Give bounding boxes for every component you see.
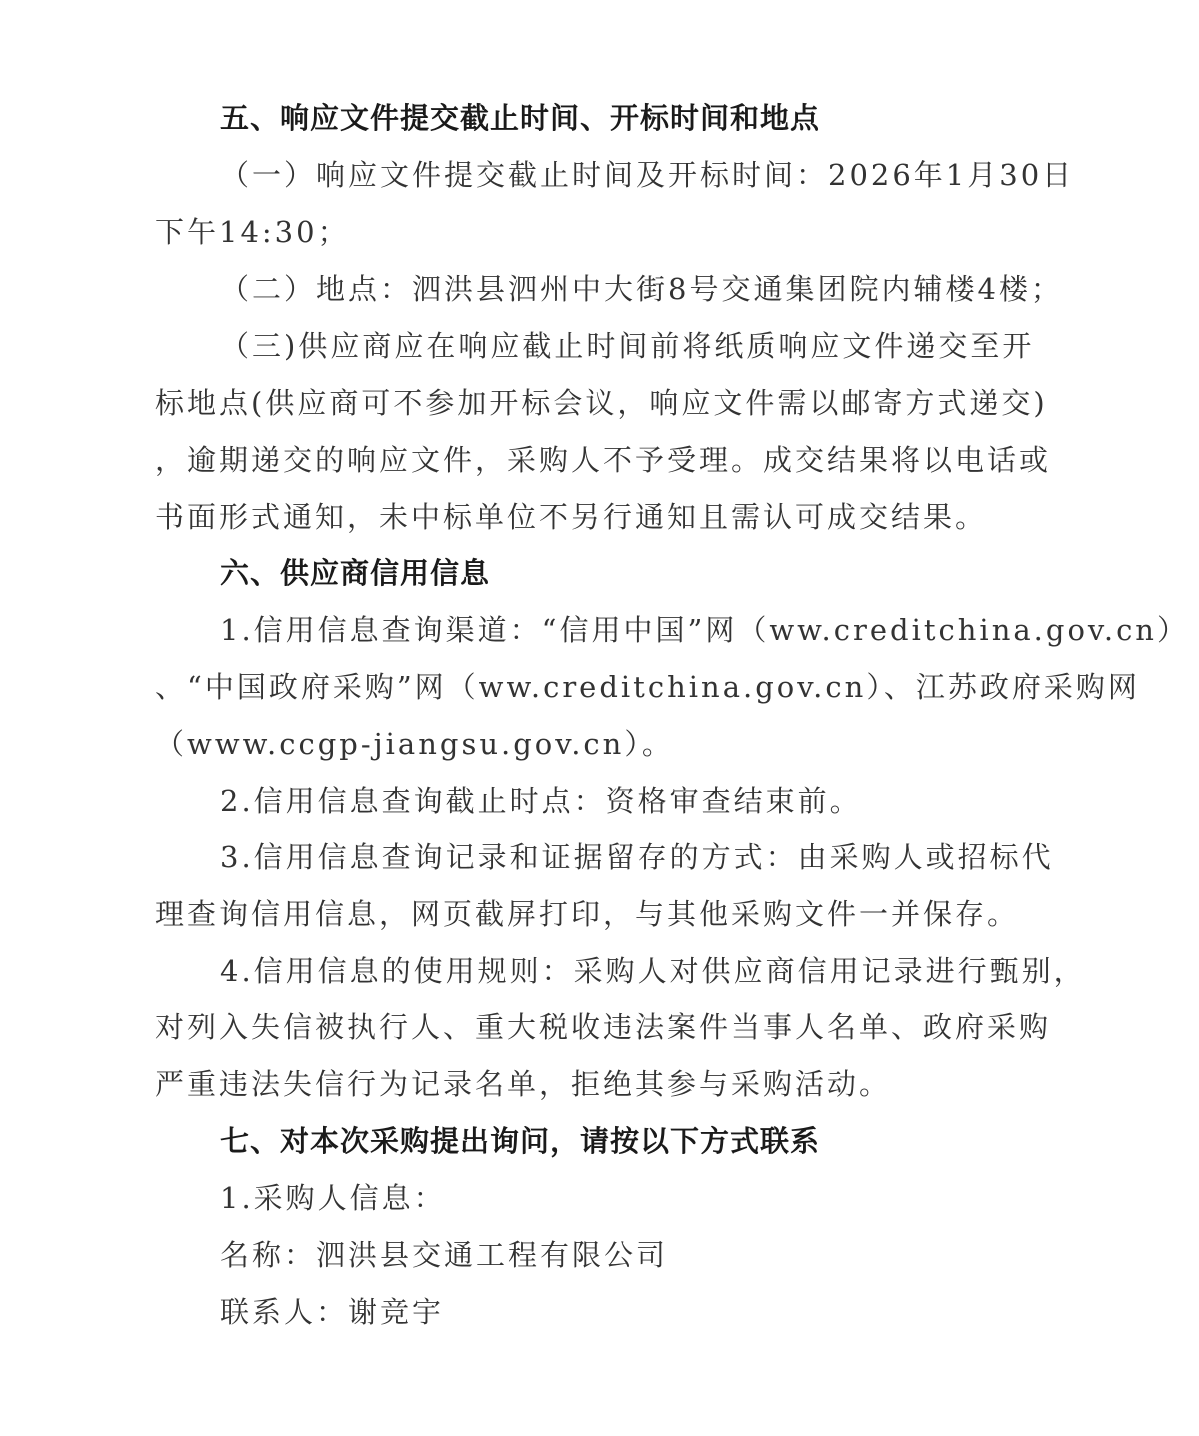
paragraph-line: 对列入失信被执行人、重大税收违法案件当事人名单、政府采购 <box>155 1007 1055 1047</box>
paragraph-line: 严重违法失信行为记录名单，拒绝其参与采购活动。 <box>155 1064 1055 1104</box>
paragraph-line: 4.信用信息的使用规则：采购人对供应商信用记录进行甄别， <box>220 951 1120 991</box>
section-heading-6: 六、供应商信用信息 <box>220 553 490 593</box>
purchaser-contact: 联系人：谢竞宇 <box>220 1292 1120 1332</box>
document-page: 五、响应文件提交截止时间、开标时间和地点 （一）响应文件提交截止时间及开标时间：… <box>0 0 1199 1436</box>
paragraph-line: 3.信用信息查询记录和证据留存的方式：由采购人或招标代 <box>220 837 1120 877</box>
paragraph-line: 1.采购人信息： <box>220 1178 1120 1218</box>
paragraph-line: 、“中国政府采购”网（ww.creditchina.gov.cn）、江苏政府采购… <box>155 667 1055 707</box>
section-heading-5: 五、响应文件提交截止时间、开标时间和地点 <box>220 98 820 138</box>
paragraph-line: 理查询信用信息，网页截屏打印，与其他采购文件一并保存。 <box>155 894 1055 934</box>
paragraph-line: （一）响应文件提交截止时间及开标时间：2026年1月30日 <box>220 155 1120 195</box>
paragraph-line: 1.信用信息查询渠道：“信用中国”网（ww.creditchina.gov.cn… <box>220 610 1120 650</box>
paragraph-line: 标地点(供应商可不参加开标会议，响应文件需以邮寄方式递交) <box>155 383 1055 423</box>
paragraph-line: （三)供应商应在响应截止时间前将纸质响应文件递交至开 <box>220 326 1120 366</box>
paragraph-line: 2.信用信息查询截止时点：资格审查结束前。 <box>220 781 1120 821</box>
section-heading-7: 七、对本次采购提出询问，请按以下方式联系 <box>220 1121 820 1161</box>
paragraph-line: 书面形式通知，未中标单位不另行通知且需认可成交结果。 <box>155 497 1055 537</box>
paragraph-line: 下午14:30； <box>155 212 1055 252</box>
paragraph-line: （二）地点：泗洪县泗州中大街8号交通集团院内辅楼4楼； <box>220 269 1120 309</box>
purchaser-name: 名称：泗洪县交通工程有限公司 <box>220 1235 1120 1275</box>
paragraph-line: （www.ccgp-jiangsu.gov.cn）。 <box>155 724 1055 764</box>
paragraph-line: ，逾期递交的响应文件，采购人不予受理。成交结果将以电话或 <box>155 440 1055 480</box>
